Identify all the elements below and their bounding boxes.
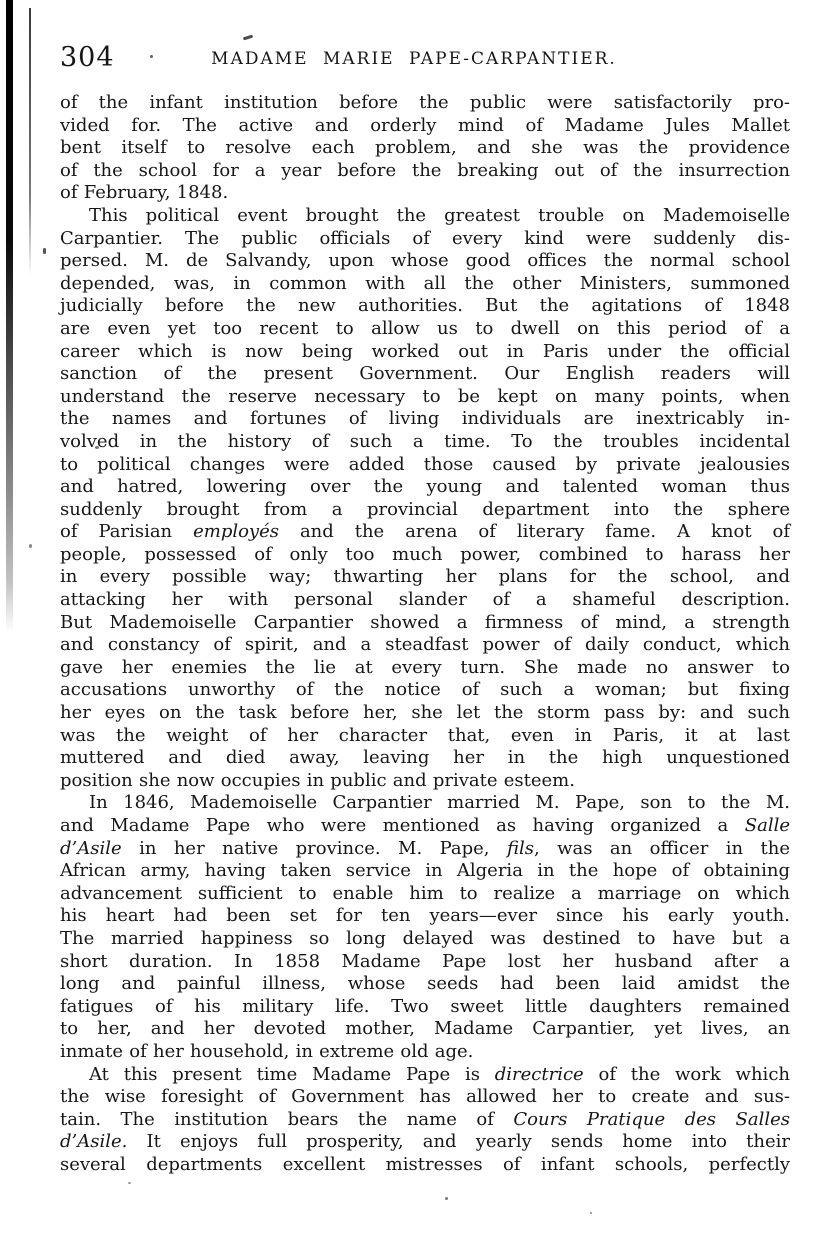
text-segment: tain. The institution bears the name of: [60, 1109, 513, 1130]
text-line: and Madame Pape who were mentioned as ha…: [60, 815, 790, 838]
text-line: At this present time Madame Pape is dire…: [60, 1064, 790, 1087]
text-segment: attacking her with personal slander of a…: [60, 589, 790, 610]
scanned-book-page: 304 MADAME MARIE PAPE-CARPANTIER. of the…: [0, 0, 828, 1233]
text-line: of February, 1848.: [60, 182, 790, 205]
text-line: her eyes on the task before her, she let…: [60, 702, 790, 725]
text-line: judicially before the new authorities. B…: [60, 295, 790, 318]
text-segment: of the school for a year before the brea…: [60, 160, 790, 181]
text-line: suddenly brought from a provincial depar…: [60, 499, 790, 522]
text-line: understand the reserve necessary to be k…: [60, 386, 790, 409]
text-line: are even yet too recent to allow us to d…: [60, 318, 790, 341]
text-line: persed. M. de Salvandy, upon whose good …: [60, 250, 790, 273]
italic-text: d’Asile: [60, 838, 122, 859]
text-line: sanction of the present Government. Our …: [60, 363, 790, 386]
scan-speck: [150, 55, 153, 58]
paragraph: of the infant institution before the pub…: [60, 92, 790, 205]
text-segment: to her, and her devoted mother, Madame C…: [60, 1018, 790, 1039]
text-segment: and Madame Pape who were mentioned as ha…: [60, 815, 745, 836]
text-segment: to political changes were added those ca…: [60, 454, 790, 475]
text-body: of the infant institution before the pub…: [60, 92, 790, 1177]
text-line: African army, having taken service in Al…: [60, 860, 790, 883]
text-line: position she now occupies in public and …: [60, 770, 790, 793]
scan-speck: [95, 446, 99, 449]
text-segment: of the infant institution before the pub…: [60, 92, 790, 113]
text-segment: It enjoys full prosperity, and yearly se…: [127, 1131, 790, 1152]
italic-text: Cours Pratique des Salles: [513, 1109, 790, 1130]
italic-text: Salle: [745, 815, 790, 836]
scan-gutter-line: [29, 8, 31, 276]
text-line: muttered and died away, leaving her in t…: [60, 747, 790, 770]
text-line: In 1846, Mademoiselle Carpantier married…: [60, 792, 790, 815]
italic-text: employés: [193, 521, 279, 542]
text-segment: In 1846, Mademoiselle Carpantier married…: [89, 792, 790, 813]
text-segment: But Mademoiselle Carpantier showed a fir…: [60, 612, 790, 633]
text-segment: the wise foresight of Government has all…: [60, 1086, 790, 1107]
text-segment: and the arena of literary fame. A knot o…: [279, 521, 790, 542]
text-segment: fatigues of his military life. Two sweet…: [60, 996, 790, 1017]
scan-speck: [445, 1197, 448, 1200]
text-segment: was the weight of her character that, ev…: [60, 725, 790, 746]
text-line: of Parisian employés and the arena of li…: [60, 521, 790, 544]
text-line: long and painful illness, whose seeds ha…: [60, 973, 790, 996]
text-line: gave her enemies the lie at every turn. …: [60, 657, 790, 680]
text-segment: in every possible way; thwarting her pla…: [60, 566, 790, 587]
text-segment: are even yet too recent to allow us to d…: [60, 318, 790, 339]
text-line: his heart had been set for ten years—eve…: [60, 905, 790, 928]
text-line: fatigues of his military life. Two sweet…: [60, 996, 790, 1019]
text-line: volved in the history of such a time. To…: [60, 431, 790, 454]
text-segment: understand the reserve necessary to be k…: [60, 386, 790, 407]
text-line: people, possessed of only too much power…: [60, 544, 790, 567]
scan-speck: [243, 35, 253, 41]
text-segment: persed. M. de Salvandy, upon whose good …: [60, 250, 790, 271]
text-segment: advancement sufficient to enable him to …: [60, 883, 790, 904]
scan-speck: [590, 1212, 592, 1214]
text-line: accusations unworthy of the notice of su…: [60, 679, 790, 702]
text-line: inmate of her household, in extreme old …: [60, 1041, 790, 1064]
text-segment: judicially before the new authorities. B…: [60, 295, 790, 316]
text-segment: depended, was, in common with all the ot…: [60, 273, 790, 294]
text-segment: her eyes on the task before her, she let…: [60, 702, 790, 723]
text-line: and constancy of spirit, and a steadfast…: [60, 634, 790, 657]
text-line: of the school for a year before the brea…: [60, 160, 790, 183]
text-line: the wise foresight of Government has all…: [60, 1086, 790, 1109]
text-segment: African army, having taken service in Al…: [60, 860, 790, 881]
running-title: MADAME MARIE PAPE-CARPANTIER.: [60, 51, 768, 68]
page-header: 304 MADAME MARIE PAPE-CARPANTIER.: [60, 44, 790, 78]
text-line: d’Asile in her native province. M. Pape,…: [60, 838, 790, 861]
text-line: several departments excellent mistresses…: [60, 1154, 790, 1177]
text-line: tain. The institution bears the name of …: [60, 1109, 790, 1132]
text-line: This political event brought the greates…: [60, 205, 790, 228]
italic-text: fils: [507, 838, 534, 859]
text-line: the names and fortunes of living individ…: [60, 408, 790, 431]
text-segment: muttered and died away, leaving her in t…: [60, 747, 790, 768]
text-line: was the weight of her character that, ev…: [60, 725, 790, 748]
text-segment: , was an officer in the: [534, 838, 790, 859]
italic-text: directrice: [495, 1064, 584, 1085]
text-segment: Carpantier. The public officials of ever…: [60, 228, 790, 249]
scan-speck: [29, 544, 32, 548]
text-segment: sanction of the present Government. Our …: [60, 363, 790, 384]
text-segment: vided for. The active and orderly mind o…: [60, 115, 790, 136]
text-segment: The married happiness so long delayed wa…: [60, 928, 790, 949]
text-segment: the names and fortunes of living individ…: [60, 408, 790, 429]
text-line: attacking her with personal slander of a…: [60, 589, 790, 612]
text-segment: short duration. In 1858 Madame Pape lost…: [60, 951, 790, 972]
text-segment: position she now occupies in public and …: [60, 770, 575, 791]
text-line: and hatred, lowering over the young and …: [60, 476, 790, 499]
text-line: career which is now being worked out in …: [60, 341, 790, 364]
text-segment: and constancy of spirit, and a steadfast…: [60, 634, 790, 655]
text-segment: several departments excellent mistresses…: [60, 1154, 790, 1175]
scan-speck: [43, 248, 46, 254]
text-line: d’Asile. It enjoys full prosperity, and …: [60, 1131, 790, 1154]
text-line: short duration. In 1858 Madame Pape lost…: [60, 951, 790, 974]
italic-text: d’Asile.: [60, 1131, 127, 1152]
text-segment: of Parisian: [60, 521, 193, 542]
text-segment: career which is now being worked out in …: [60, 341, 790, 362]
scan-speck: [128, 1182, 131, 1184]
text-segment: in her native province. M. Pape,: [122, 838, 507, 859]
text-segment: his heart had been set for ten years—eve…: [60, 905, 790, 926]
text-line: of the infant institution before the pub…: [60, 92, 790, 115]
text-segment: bent itself to resolve each problem, and…: [60, 137, 790, 158]
text-line: depended, was, in common with all the ot…: [60, 273, 790, 296]
text-segment: gave her enemies the lie at every turn. …: [60, 657, 790, 678]
paragraph: At this present time Madame Pape is dire…: [60, 1064, 790, 1177]
text-line: bent itself to resolve each problem, and…: [60, 137, 790, 160]
scan-gutter-shadow: [6, 0, 13, 632]
text-segment: people, possessed of only too much power…: [60, 544, 790, 565]
text-segment: At this present time Madame Pape is: [89, 1064, 495, 1085]
text-segment: suddenly brought from a provincial depar…: [60, 499, 790, 520]
paragraph: In 1846, Mademoiselle Carpantier married…: [60, 792, 790, 1063]
text-line: advancement sufficient to enable him to …: [60, 883, 790, 906]
text-segment: volved in the history of such a time. To…: [60, 431, 790, 452]
text-line: to political changes were added those ca…: [60, 454, 790, 477]
text-segment: accusations unworthy of the notice of su…: [60, 679, 790, 700]
text-line: in every possible way; thwarting her pla…: [60, 566, 790, 589]
text-line: The married happiness so long delayed wa…: [60, 928, 790, 951]
text-line: But Mademoiselle Carpantier showed a fir…: [60, 612, 790, 635]
text-segment: long and painful illness, whose seeds ha…: [60, 973, 790, 994]
paragraph: This political event brought the greates…: [60, 205, 790, 792]
text-segment: inmate of her household, in extreme old …: [60, 1041, 473, 1062]
text-line: vided for. The active and orderly mind o…: [60, 115, 790, 138]
text-line: to her, and her devoted mother, Madame C…: [60, 1018, 790, 1041]
text-segment: This political event brought the greates…: [89, 205, 790, 226]
text-line: Carpantier. The public officials of ever…: [60, 228, 790, 251]
text-segment: of the work which: [584, 1064, 790, 1085]
text-segment: of February, 1848.: [60, 182, 228, 203]
text-segment: and hatred, lowering over the young and …: [60, 476, 790, 497]
